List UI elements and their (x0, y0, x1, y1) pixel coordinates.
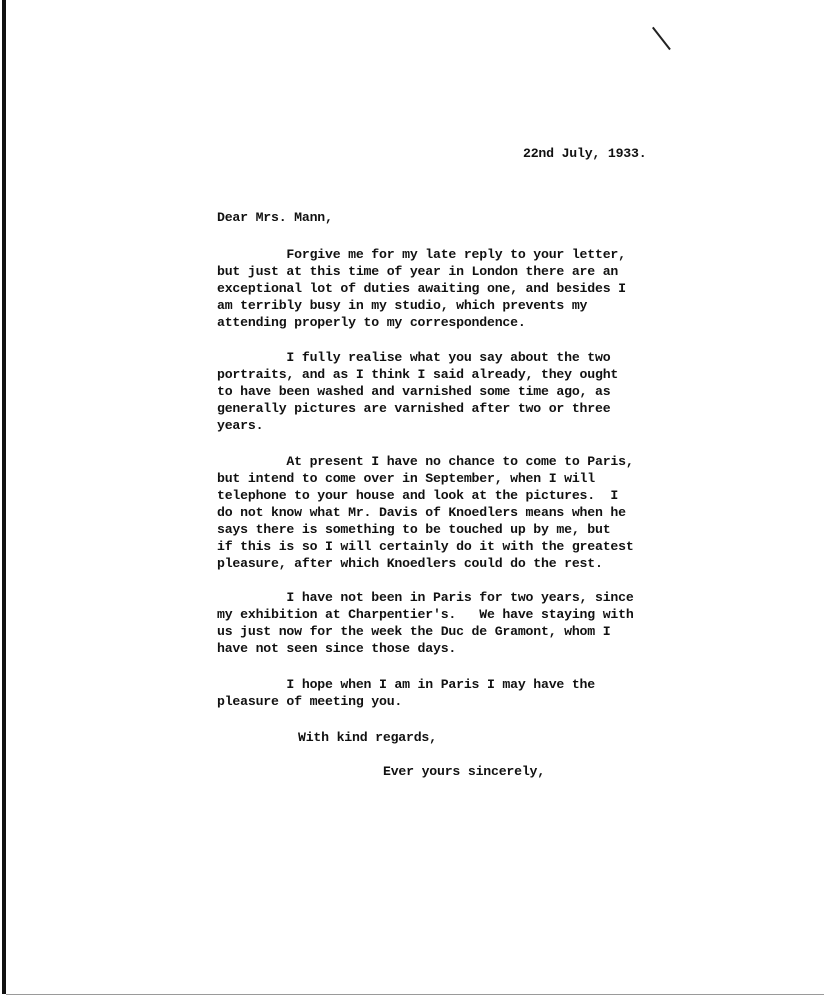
pencil-mark (652, 27, 671, 50)
letter-closing: With kind regards, (298, 730, 437, 745)
paragraph-3-line-6: if this is so I will certainly do it wit… (217, 539, 634, 554)
paragraph-4-line-2: my exhibition at Charpentier's. We have … (217, 607, 634, 622)
paragraph-3-line-4: do not know what Mr. Davis of Knoedlers … (217, 505, 626, 520)
paragraph-2-line-1: I fully realise what you say about the t… (217, 350, 610, 365)
paragraph-1-line-3: exceptional lot of duties awaiting one, … (217, 281, 626, 296)
paragraph-3-line-3: telephone to your house and look at the … (217, 488, 618, 503)
paragraph-5-line-1: I hope when I am in Paris I may have the (217, 677, 595, 692)
paragraph-5-line-2: pleasure of meeting you. (217, 694, 402, 709)
paragraph-4-line-3: us just now for the week the Duc de Gram… (217, 624, 610, 639)
paragraph-2-line-3: to have been washed and varnished some t… (217, 384, 610, 399)
paragraph-2-line-4: generally pictures are varnished after t… (217, 401, 610, 416)
letter-signoff: Ever yours sincerely, (383, 764, 545, 779)
paragraph-4-line-4: have not seen since those days. (217, 641, 456, 656)
paragraph-3-line-7: pleasure, after which Knoedlers could do… (217, 556, 603, 571)
paragraph-2-line-5: years. (217, 418, 263, 433)
paragraph-1-line-5: attending properly to my correspondence. (217, 315, 526, 330)
scan-bottom-border (6, 994, 824, 995)
scan-left-border (2, 0, 6, 994)
letter-page: 22nd July, 1933. Dear Mrs. Mann, Forgive… (0, 0, 824, 1000)
paragraph-1-line-1: Forgive me for my late reply to your let… (217, 247, 626, 262)
paragraph-4-line-1: I have not been in Paris for two years, … (217, 590, 634, 605)
paragraph-1-line-2: but just at this time of year in London … (217, 264, 618, 279)
paragraph-1-line-4: am terribly busy in my studio, which pre… (217, 298, 587, 313)
paragraph-2-line-2: portraits, and as I think I said already… (217, 367, 618, 382)
paragraph-3-line-1: At present I have no chance to come to P… (217, 454, 634, 469)
letter-salutation: Dear Mrs. Mann, (217, 210, 333, 225)
paragraph-3-line-5: says there is something to be touched up… (217, 522, 610, 537)
letter-date: 22nd July, 1933. (523, 146, 646, 161)
paragraph-3-line-2: but intend to come over in September, wh… (217, 471, 595, 486)
